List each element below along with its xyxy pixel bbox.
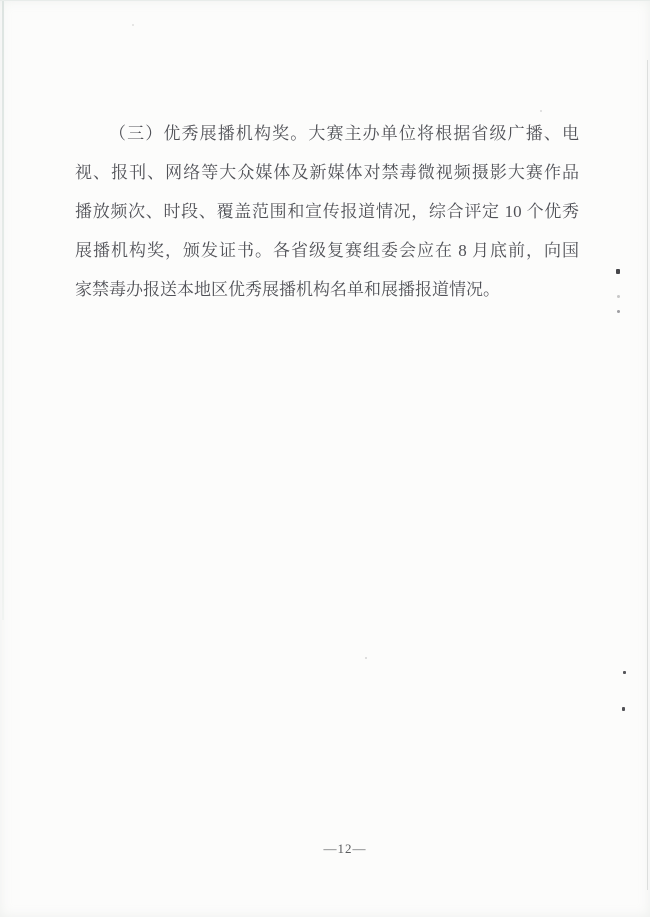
scan-speck [132, 24, 134, 26]
page-number: —12— [0, 841, 650, 857]
paragraph-line: 播放频次、时段、覆盖范围和宣传报道情况，综合评定 10 个优秀 [75, 192, 579, 231]
scan-edge-left [2, 0, 4, 620]
paragraph-line: 家禁毒办报送本地区优秀展播机构名单和展播报道情况。 [75, 270, 579, 309]
body-paragraph: （三）优秀展播机构奖。大赛主办单位将根据省级广播、电 视、报刊、网络等大众媒体及… [75, 114, 579, 309]
scan-speck [540, 110, 542, 112]
scan-edge-top [0, 0, 650, 1]
scan-speck [365, 657, 367, 659]
scan-speck [616, 269, 620, 274]
paragraph-line: （三）优秀展播机构奖。大赛主办单位将根据省级广播、电 [75, 114, 579, 153]
paragraph-line: 展播机构奖，颁发证书。各省级复赛组委会应在 8 月底前，向国 [75, 231, 579, 270]
scan-speck [617, 310, 620, 313]
document-page: （三）优秀展播机构奖。大赛主办单位将根据省级广播、电 视、报刊、网络等大众媒体及… [0, 0, 650, 917]
scan-edge-right [647, 60, 648, 890]
paragraph-line: 视、报刊、网络等大众媒体及新媒体对禁毒微视频摄影大赛作品 [75, 153, 579, 192]
scan-speck [622, 707, 625, 711]
scan-speck [623, 671, 626, 674]
scan-speck [617, 295, 620, 298]
